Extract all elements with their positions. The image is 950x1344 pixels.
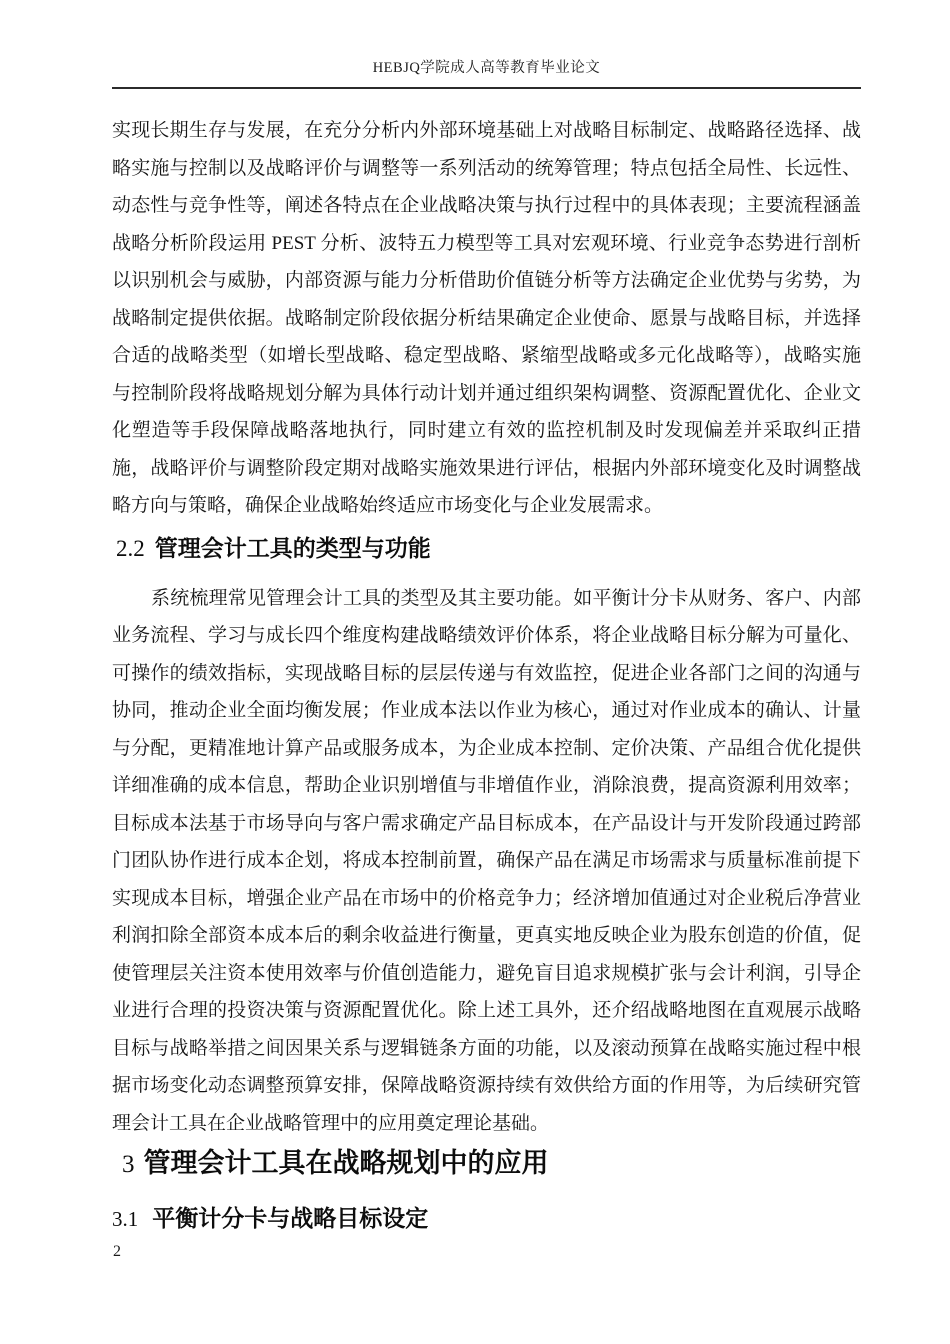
text-line: 实现长期生存与发展，在充分分析内外部环境基础上对战略目标制定、战略路径选择、战	[112, 112, 861, 150]
text-line: 以识别机会与威胁，内部资源与能力分析借助价值链分析等方法确定企业优势与劣势，为	[112, 262, 861, 300]
text-line: 战略制定提供依据。战略制定阶段依据分析结果确定企业使命、愿景与战略目标，并选择	[112, 300, 861, 338]
chapter-heading-3: 3管理会计工具在战略规划中的应用	[112, 1143, 861, 1185]
section-heading-2-2: 2.2管理会计工具的类型与功能	[112, 532, 861, 565]
text-line: 据市场变化动态调整预算安排，保障战略资源持续有效供给方面的作用等，为后续研究管	[112, 1067, 861, 1105]
section-number: 3.1	[112, 1207, 138, 1231]
text-line: 与分配，更精准地计算产品或服务成本，为企业成本控制、定价决策、产品组合优化提供	[112, 730, 861, 768]
text-line: 动态性与竞争性等，阐述各特点在企业战略决策与执行过程中的具体表现；主要流程涵盖	[112, 187, 861, 225]
text-line: 理会计工具在企业战略管理中的应用奠定理论基础。	[112, 1105, 861, 1143]
section-number: 2.2	[116, 536, 145, 561]
text-line: 略方向与策略，确保企业战略始终适应市场变化与企业发展需求。	[112, 487, 861, 525]
text-line: 目标成本法基于市场导向与客户需求确定产品目标成本，在产品设计与开发阶段通过跨部	[112, 805, 861, 843]
section-title: 管理会计工具的类型与功能	[155, 535, 431, 561]
text-line: 业进行合理的投资决策与资源配置优化。除上述工具外，还介绍战略地图在直观展示战略	[112, 992, 861, 1030]
text-line: 实现成本目标，增强企业产品在市场中的价格竞争力；经济增加值通过对企业税后净营业	[112, 880, 861, 918]
text-line: 化塑造等手段保障战略落地执行，同时建立有效的监控机制及时发现偏差并采取纠正措	[112, 412, 861, 450]
text-line: 施，战略评价与调整阶段定期对战略实施效果进行评估，根据内外部环境变化及时调整战	[112, 450, 861, 488]
text-line: 利润扣除全部资本成本后的剩余收益进行衡量，更真实地反映企业为股东创造的价值，促	[112, 917, 861, 955]
chapter-number: 3	[122, 1151, 135, 1178]
text-line: 使管理层关注资本使用效率与价值创造能力，避免盲目追求规模扩张与会计利润，引导企	[112, 955, 861, 993]
text-line: 目标与战略举措之间因果关系与逻辑链条方面的功能，以及滚动预算在战略实施过程中根	[112, 1030, 861, 1068]
page-header-title: HEBJQ学院成人高等教育毕业论文	[112, 56, 861, 77]
document-body: 实现长期生存与发展，在充分分析内外部环境基础上对战略目标制定、战略路径选择、战略…	[112, 112, 861, 1236]
text-line: 与控制阶段将战略规划分解为具体行动计划并通过组织架构调整、资源配置优化、企业文	[112, 375, 861, 413]
chapter-title: 管理会计工具在战略规划中的应用	[144, 1148, 549, 1178]
text-line: 战略分析阶段运用 PEST 分析、波特五力模型等工具对宏观环境、行业竞争态势进行…	[112, 225, 861, 263]
text-line: 系统梳理常见管理会计工具的类型及其主要功能。如平衡计分卡从财务、客户、内部	[112, 580, 861, 618]
text-line: 详细准确的成本信息，帮助企业识别增值与非增值作业，消除浪费，提高资源利用效率；	[112, 767, 861, 805]
paragraph-strategy-management: 实现长期生存与发展，在充分分析内外部环境基础上对战略目标制定、战略路径选择、战略…	[112, 112, 861, 525]
section-heading-3-1: 3.1平衡计分卡与战略目标设定	[112, 1201, 861, 1236]
document-page: HEBJQ学院成人高等教育毕业论文 实现长期生存与发展，在充分分析内外部环境基础…	[0, 0, 950, 1344]
header-divider-rule	[112, 87, 861, 89]
text-line: 合适的战略类型（如增长型战略、稳定型战略、紧缩型战略或多元化战略等），战略实施	[112, 337, 861, 375]
section-title: 平衡计分卡与战略目标设定	[152, 1205, 428, 1231]
page-number: 2	[113, 1243, 121, 1261]
text-line: 业务流程、学习与成长四个维度构建战略绩效评价体系，将企业战略目标分解为可量化、	[112, 617, 861, 655]
text-line: 略实施与控制以及战略评价与调整等一系列活动的统筹管理；特点包括全局性、长远性、	[112, 150, 861, 188]
text-line: 可操作的绩效指标，实现战略目标的层层传递与有效监控，促进企业各部门之间的沟通与	[112, 655, 861, 693]
paragraph-accounting-tools: 系统梳理常见管理会计工具的类型及其主要功能。如平衡计分卡从财务、客户、内部业务流…	[112, 580, 861, 1143]
text-line: 协同，推动企业全面均衡发展；作业成本法以作业为核心，通过对作业成本的确认、计量	[112, 692, 861, 730]
text-line: 门团队协作进行成本企划，将成本控制前置，确保产品在满足市场需求与质量标准前提下	[112, 842, 861, 880]
